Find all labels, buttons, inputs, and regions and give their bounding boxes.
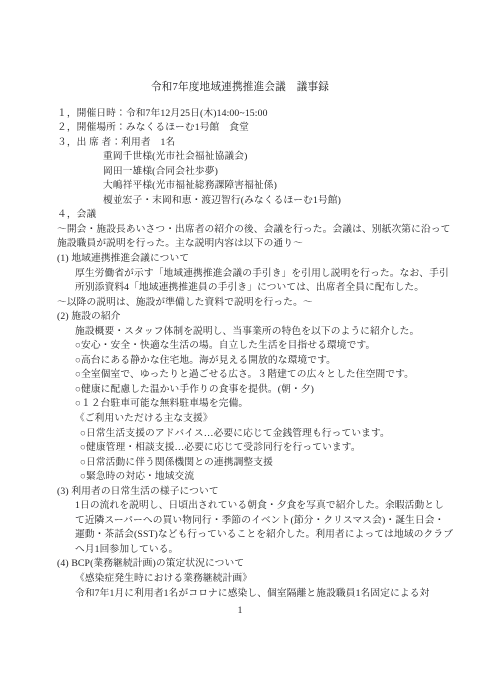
document-line: (1) 地域連携推進会議について <box>57 252 440 267</box>
page-number: 1 <box>0 606 480 616</box>
document-title: 令和7年度地域連携推進会議 議事録 <box>0 0 480 96</box>
document-line: (3) 利用者の日常生活の様子について <box>57 485 440 500</box>
document-line: ２，開催場所：みなくるほーむ1号館 食堂 <box>57 121 440 136</box>
document-line: ○全室個室で、ゆったりと過ごせる広さ。３階建ての広々とした住空間です。 <box>57 368 440 383</box>
document-line: 《ご利用いただける主な支援》 <box>57 412 440 427</box>
document-line: ○高台にある静かな住宅地。海が見える開放的な環境です。 <box>57 354 440 369</box>
document-line: 令和7年1月に利用者1名がコロナに感染し、個室隔離と施設職員1名固定による対 <box>57 587 440 602</box>
document-line: ～開会・施設長あいさつ・出席者の紹介の後、会議を行った。会議は、別紙次第に沿って <box>57 223 440 238</box>
document-line: 《感染症発生時における業務継続計画》 <box>57 572 440 587</box>
document-line: ○健康管理・相談支援…必要に応じて受診同行を行っています。 <box>57 441 440 456</box>
document-line: ３，出 席 者：利用者 1名 <box>57 136 440 151</box>
document-line: 所別添資料4「地域連携推進員の手引き」については、出席者全員に配布した。 <box>57 281 440 296</box>
document-line: ○日常生活支援のアドバイス…必要に応じて金銭管理も行っています。 <box>57 427 440 442</box>
document-line: 運動・茶話会(SST)なども行っていることを紹介した。利用者によっては地域のクラ… <box>57 528 440 543</box>
document-line: ○日常活動に伴う関係機関との連携調整支援 <box>57 456 440 471</box>
document-line: (2) 施設の紹介 <box>57 310 440 325</box>
document-line: ～以降の説明は、施設が準備した資料で説明を行った。～ <box>57 296 440 311</box>
document-line: 重岡千世様(光市社会福祉協議会) <box>57 150 440 165</box>
document-line: 大嶋祥平様(光市福祉総務課障害福祉係) <box>57 179 440 194</box>
document-line: 榎並宏子・末岡和恵・渡辺智行(みなくるほーむ1号館) <box>57 194 440 209</box>
document-line: へ月1回参加している。 <box>57 543 440 558</box>
document-page: 令和7年度地域連携推進会議 議事録 １，開催日時：令和7年12月25日(木)14… <box>0 0 480 679</box>
document-line: ４，会議 <box>57 208 440 223</box>
document-line: ○緊急時の対応・地域交流 <box>57 470 440 485</box>
document-line: ○安心・安全・快適な生活の場。自立した生活を目指せる環境です。 <box>57 339 440 354</box>
document-body: １，開催日時：令和7年12月25日(木)14:00~15:00２，開催場所：みな… <box>57 107 440 602</box>
document-line: (4) BCP(業務継続計画)の策定状況について <box>57 557 440 572</box>
document-line: て近隣スーパーへの買い物同行・季節のイベント(節分・クリスマス会)・誕生日会・ <box>57 514 440 529</box>
document-line: 施設職員が説明を行った。主な説明内容は以下の通り～ <box>57 237 440 252</box>
document-line: 施設概要・スタッフ体制を説明し、当事業所の特色を以下のように紹介した。 <box>57 325 440 340</box>
document-line: 岡田一雄様(合同会社歩夢) <box>57 165 440 180</box>
document-line: ○健康に配慮した温かい手作りの食事を提供。(朝・夕) <box>57 383 440 398</box>
document-line: ○１２台駐車可能な無料駐車場を完備。 <box>57 397 440 412</box>
document-line: 1日の流れを説明し、日頃出されている朝食・夕食を写真で紹介した。余暇活動とし <box>57 499 440 514</box>
document-line: 厚生労働省が示す「地域連携推進会議の手引き」を引用し説明を行った。なお、手引 <box>57 267 440 282</box>
document-line: １，開催日時：令和7年12月25日(木)14:00~15:00 <box>57 107 440 122</box>
